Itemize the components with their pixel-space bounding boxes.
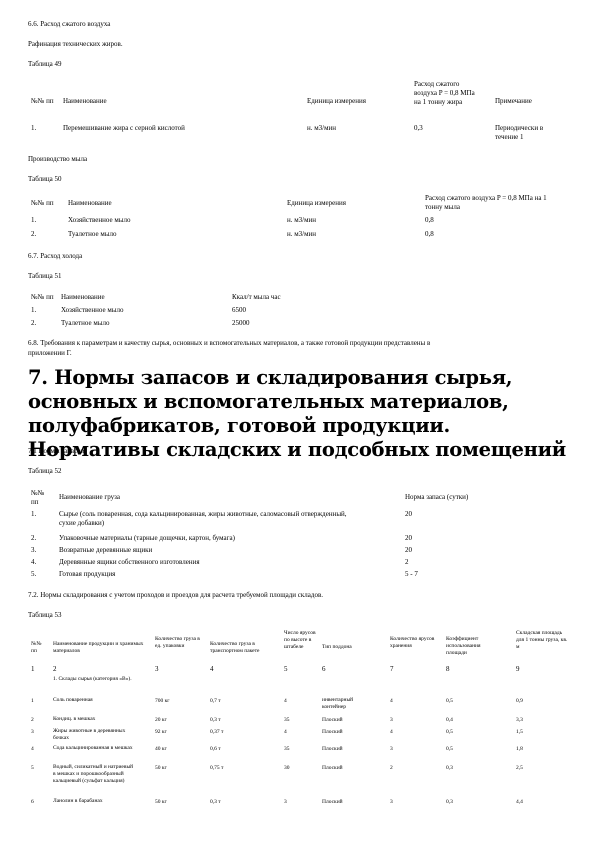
cell-num: 1. <box>31 124 36 133</box>
table-53-header-pallet: Тип поддона <box>322 644 377 651</box>
cell-pallet: Плоский <box>322 716 343 725</box>
cell-name: Ланолин в барабанах <box>53 798 148 805</box>
table-50-caption: Таблица 50 <box>28 175 61 184</box>
cell-storage-tiers: 3 <box>390 716 393 725</box>
table-53-header-storage-tiers: Количество ярусов хранения <box>390 636 435 650</box>
cell-unit-qty: 92 кг <box>155 728 167 737</box>
col-num: 7 <box>390 665 394 674</box>
cell-num: 1. <box>31 306 36 315</box>
cell-rate: 0,8 <box>425 216 434 225</box>
cell-tiers-stack: 30 <box>284 764 290 773</box>
cell-storage-tiers: 4 <box>390 728 393 737</box>
table-49-header-unit: Единица измерения <box>307 97 366 106</box>
col-num: 2 <box>53 665 57 674</box>
cell-name: Туалетное мыло <box>61 319 109 328</box>
table-53-header-tiers-stack: Число ярусов по высоте в штабеле <box>284 630 318 651</box>
cell-pack-qty: 0,7 т <box>210 697 221 706</box>
cell-norm: 20 <box>405 534 412 543</box>
cell-tiers-stack: 4 <box>284 728 287 737</box>
table-53-header-coef: Коэффициент использования площади <box>446 636 498 657</box>
cell-unit-qty: 700 кг <box>155 697 170 706</box>
cell-num: 6 <box>31 798 34 807</box>
section-7-1-heading: 7.1 Нормы запасов <box>28 447 84 456</box>
cell-num: 2 <box>31 716 34 725</box>
col-num: 1 <box>31 665 35 674</box>
table-53-caption: Таблица 53 <box>28 611 61 620</box>
cell-coef: 0,5 <box>446 728 453 737</box>
table-52-header-norm: Норма запаса (сутки) <box>405 493 468 502</box>
table-50-header-rate: Расход сжатого воздуха P = 0,8 МПа на 1 … <box>425 194 555 212</box>
cell-area: 0,9 <box>516 697 523 706</box>
cell-unit: н. м3/мин <box>287 216 316 225</box>
cell-num: 3 <box>31 728 34 737</box>
cell-name: Жиры животные в деревянных бочках <box>53 728 128 742</box>
cell-storage-tiers: 4 <box>390 697 393 706</box>
cell-num: 1. <box>31 510 36 519</box>
table-53-header-name: Наименование продукции и хранимых матери… <box>53 641 149 655</box>
soap-production-subheading: Производство мыла <box>28 155 87 164</box>
table-53-header-unit-qty: Количество груза в ед. упаковки <box>155 636 200 650</box>
section-6-8-text-line1: 6.8. Требования к параметрам и качеству … <box>28 339 430 348</box>
cell-value: 6500 <box>232 306 246 315</box>
cell-name: Сырье (соль поваренная, сода кальциниров… <box>59 510 359 528</box>
cell-name: Готовая продукция <box>59 570 115 579</box>
table-52-header-name: Наименование груза <box>59 493 120 502</box>
cell-area: 1,8 <box>516 745 523 754</box>
table-49-header-rate: Расход сжатого воздуха P = 0,8 МПа на 1 … <box>414 80 480 107</box>
table-51-header-num: №№ пп <box>31 293 54 302</box>
table-52-header-num: №№ пп <box>31 489 45 507</box>
cell-pallet: Плоский <box>322 798 343 807</box>
cell-coef: 0,3 <box>446 764 453 773</box>
table-50-header-unit: Единица измерения <box>287 199 346 208</box>
cell-name: Упаковочные материалы (тарные дощечки, к… <box>59 534 235 543</box>
section-6-8-text-line2: приложении Г. <box>28 349 72 358</box>
col-num: 6 <box>322 665 326 674</box>
table-53-header-num: №№ пп <box>31 641 45 655</box>
cell-rate: 0,3 <box>414 124 423 133</box>
col-num: 8 <box>446 665 450 674</box>
table-51-caption: Таблица 51 <box>28 272 61 281</box>
col-num: 9 <box>516 665 520 674</box>
cell-area: 1,5 <box>516 728 523 737</box>
cell-tiers-stack: 3 <box>284 798 287 807</box>
cell-coef: 0,4 <box>446 716 453 725</box>
cell-pack-qty: 0,37 т <box>210 728 223 737</box>
cell-name: Туалетное мыло <box>68 230 116 239</box>
table-50-header-name: Наименование <box>68 199 112 208</box>
cell-num: 1 <box>31 697 34 706</box>
cell-num: 1. <box>31 216 36 225</box>
cell-area: 3,3 <box>516 716 523 725</box>
cell-unit: н. м3/мин <box>307 124 336 133</box>
cell-pallet: Плоский <box>322 728 343 737</box>
cell-storage-tiers: 2 <box>390 764 393 773</box>
table-53-header-pack-qty: Количество груза в транспортном пакете <box>210 641 278 655</box>
table-49-header-num: №№ пп <box>31 97 54 106</box>
section-6-6-subheading: Рафинация технических жиров. <box>28 40 123 49</box>
cell-area: 4,4 <box>516 798 523 807</box>
table-50-header-num: №№ пп <box>31 199 54 208</box>
section-7-2-heading: 7.2. Нормы складирования с учетом проход… <box>28 591 323 600</box>
cell-coef: 0,3 <box>446 798 453 807</box>
cell-tiers-stack: 35 <box>284 716 290 725</box>
cell-name: Водный, силикатный и натриевый в мешках … <box>53 764 135 785</box>
table-49-header-note: Примечание <box>495 97 532 106</box>
cell-pack-qty: 0,75 т <box>210 764 223 773</box>
cell-coef: 0,5 <box>446 745 453 754</box>
table-51-header-value: Ккал/т мыла час <box>232 293 281 302</box>
cell-pallet: инвентарный контейнер <box>322 697 372 711</box>
table-53-header-area: Складская площадь для 1 тонны груза, кв.… <box>516 630 568 651</box>
cell-rate: 0,8 <box>425 230 434 239</box>
col-num: 5 <box>284 665 288 674</box>
cell-num: 4 <box>31 745 34 754</box>
col-num: 4 <box>210 665 214 674</box>
cell-name: Хозяйственное мыло <box>61 306 123 315</box>
cell-pack-qty: 0,3 т <box>210 798 221 807</box>
cell-storage-tiers: 3 <box>390 798 393 807</box>
cell-unit-qty: 50 кг <box>155 764 167 773</box>
col-num: 3 <box>155 665 159 674</box>
section-6-7-heading: 6.7. Расход холода <box>28 252 82 261</box>
table-52-caption: Таблица 52 <box>28 467 61 476</box>
cell-note: Периодически в течение 1 <box>495 124 565 142</box>
cell-norm: 2 <box>405 558 409 567</box>
cell-pack-qty: 0,6 т <box>210 745 221 754</box>
cell-num: 5 <box>31 764 34 773</box>
table-49-caption: Таблица 49 <box>28 60 61 69</box>
cell-unit-qty: 40 кг <box>155 745 167 754</box>
cell-name: Соль поваренная <box>53 697 148 704</box>
cell-norm: 20 <box>405 510 412 519</box>
table-51-header-name: Наименование <box>61 293 105 302</box>
cell-name: Деревянные ящики собственного изготовлен… <box>59 558 200 567</box>
cell-pallet: Плоский <box>322 745 343 754</box>
cell-area: 2,5 <box>516 764 523 773</box>
cell-num: 3. <box>31 546 36 555</box>
section-6-6-heading: 6.6. Расход сжатого воздуха <box>28 20 110 29</box>
cell-storage-tiers: 3 <box>390 745 393 754</box>
cell-unit-qty: 20 кг <box>155 716 167 725</box>
cell-num: 4. <box>31 558 36 567</box>
cell-num: 2. <box>31 230 36 239</box>
cell-num: 5. <box>31 570 36 579</box>
section-7-title: 7. Нормы запасов и складирования сырья, … <box>28 366 568 462</box>
table-53-group-heading: 1. Склады сырья (категория «В»). <box>53 676 148 683</box>
cell-unit: н. м3/мин <box>287 230 316 239</box>
cell-num: 2. <box>31 319 36 328</box>
cell-coef: 0,5 <box>446 697 453 706</box>
cell-pack-qty: 0,3 т <box>210 716 221 725</box>
cell-name: Возвратные деревянные ящики <box>59 546 152 555</box>
cell-value: 25000 <box>232 319 250 328</box>
table-49-header-name: Наименование <box>63 97 107 106</box>
cell-pallet: Плоский <box>322 764 343 773</box>
cell-unit-qty: 50 кг <box>155 798 167 807</box>
cell-norm: 5 - 7 <box>405 570 418 579</box>
cell-tiers-stack: 4 <box>284 697 287 706</box>
cell-norm: 20 <box>405 546 412 555</box>
cell-name: Сода кальцинированная в мешках <box>53 745 143 752</box>
cell-name: Перемешивание жира с серной кислотой <box>63 124 185 133</box>
cell-name: Кондиц. в мешках <box>53 716 148 723</box>
cell-tiers-stack: 35 <box>284 745 290 754</box>
cell-name: Хозяйственное мыло <box>68 216 130 225</box>
cell-num: 2. <box>31 534 36 543</box>
